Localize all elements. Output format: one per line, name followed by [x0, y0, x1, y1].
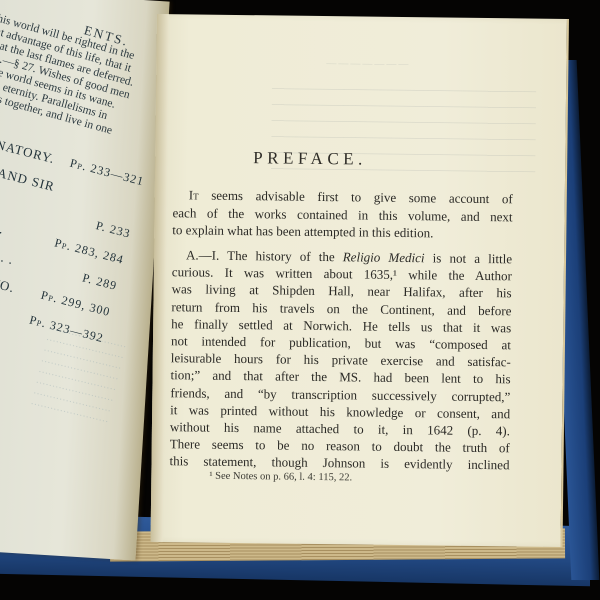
- right-page: ——————— ————————————————————————————————…: [151, 14, 569, 547]
- body-text: A.—I. The history of the: [186, 247, 343, 264]
- intro-text: seems advisable first to give some accou…: [211, 188, 513, 207]
- left-page: ENTS. this world will be righted in the …: [0, 0, 170, 561]
- footnote: ¹ See Notes on p. 66, l. 4: 115, 22.: [209, 471, 352, 484]
- page-content: PREFACE. It seems advisable first to giv…: [175, 14, 515, 18]
- body-text: is not a little: [424, 250, 512, 266]
- intro-paragraph: It seems advisable first to give some ac…: [172, 186, 513, 243]
- book-photo: ENTS. this world will be righted in the …: [0, 0, 600, 600]
- show-through-text: ········································…: [0, 310, 127, 428]
- italic-title: Religio Medici: [343, 249, 425, 265]
- toc-pages: [132, 201, 139, 227]
- left-page-text: ENTS. this world will be righted in the …: [0, 0, 163, 145]
- body-paragraph: A.—I. The history of the Religio Medici …: [169, 246, 512, 474]
- page-title: PREFACE.: [253, 148, 367, 169]
- small-caps-lead: It: [189, 187, 199, 202]
